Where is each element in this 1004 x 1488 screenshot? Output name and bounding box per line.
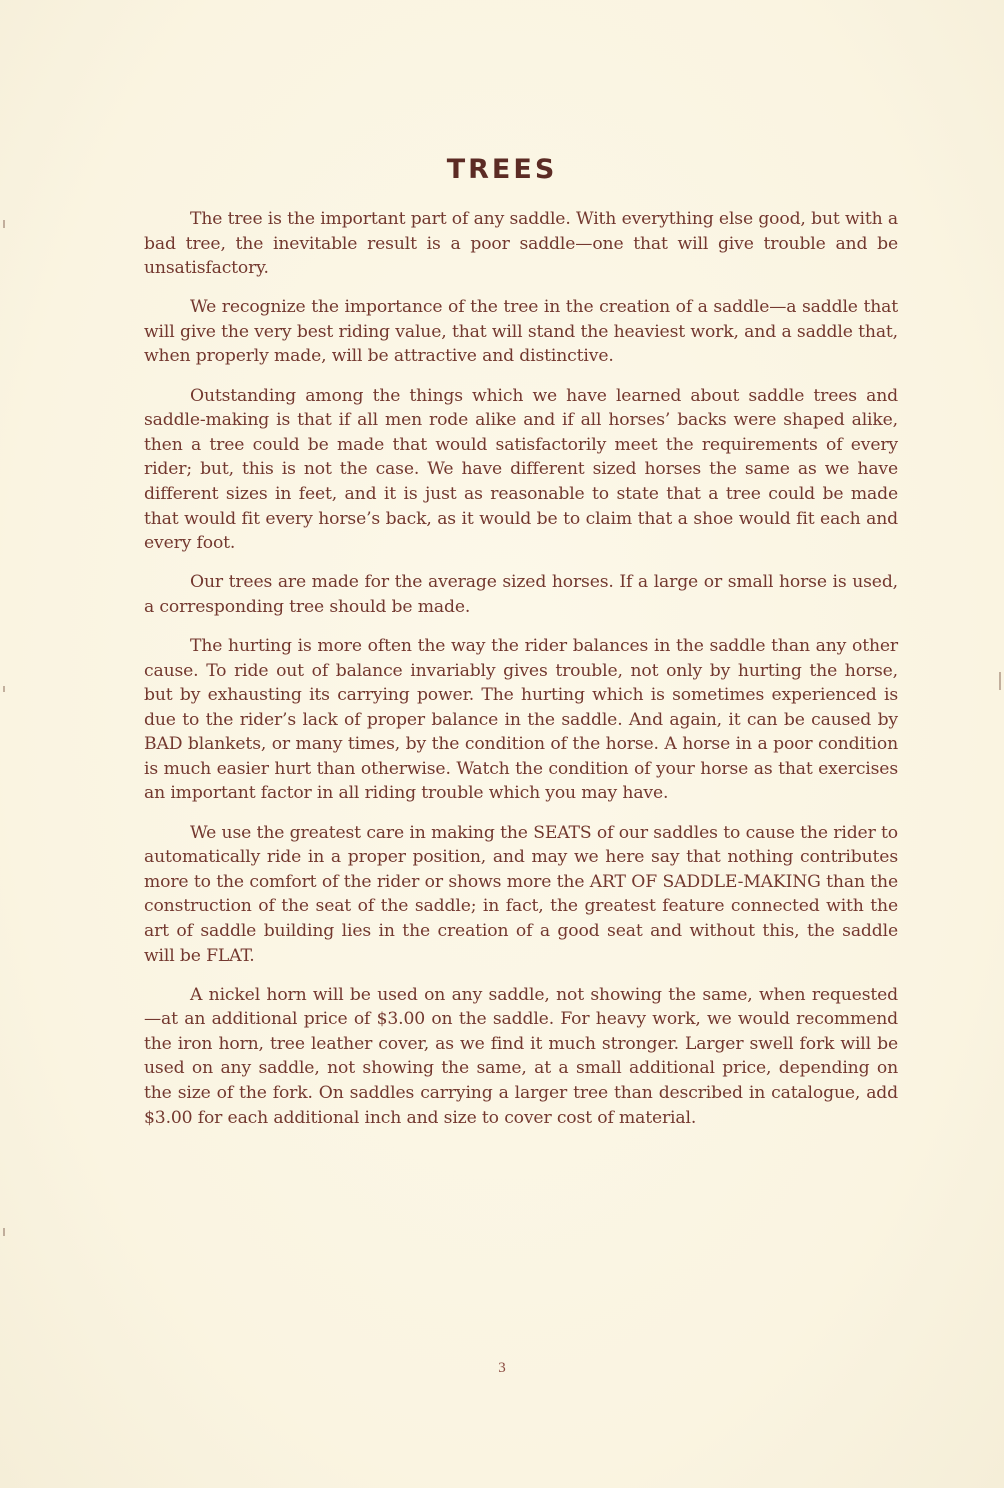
scan-mark: [999, 672, 1001, 690]
paragraph-1: The tree is the important part of any sa…: [144, 207, 898, 281]
document-page: TREES The tree is the important part of …: [0, 0, 1004, 1488]
paragraph-4: Our trees are made for the average sized…: [144, 570, 898, 619]
paragraph-3: Outstanding among the things which we ha…: [144, 384, 898, 556]
paragraph-5: The hurting is more often the way the ri…: [144, 634, 898, 806]
body-text: The tree is the important part of any sa…: [144, 207, 898, 1145]
scan-mark: [3, 686, 5, 692]
scan-mark: [3, 1228, 5, 1236]
paragraph-7: A nickel horn will be used on any saddle…: [144, 983, 898, 1131]
page-number: 3: [0, 1360, 1004, 1377]
paragraph-6: We use the greatest care in making the S…: [144, 821, 898, 969]
paragraph-2: We recognize the importance of the tree …: [144, 295, 898, 369]
scan-mark: [3, 220, 5, 228]
page-title: TREES: [0, 154, 1004, 185]
